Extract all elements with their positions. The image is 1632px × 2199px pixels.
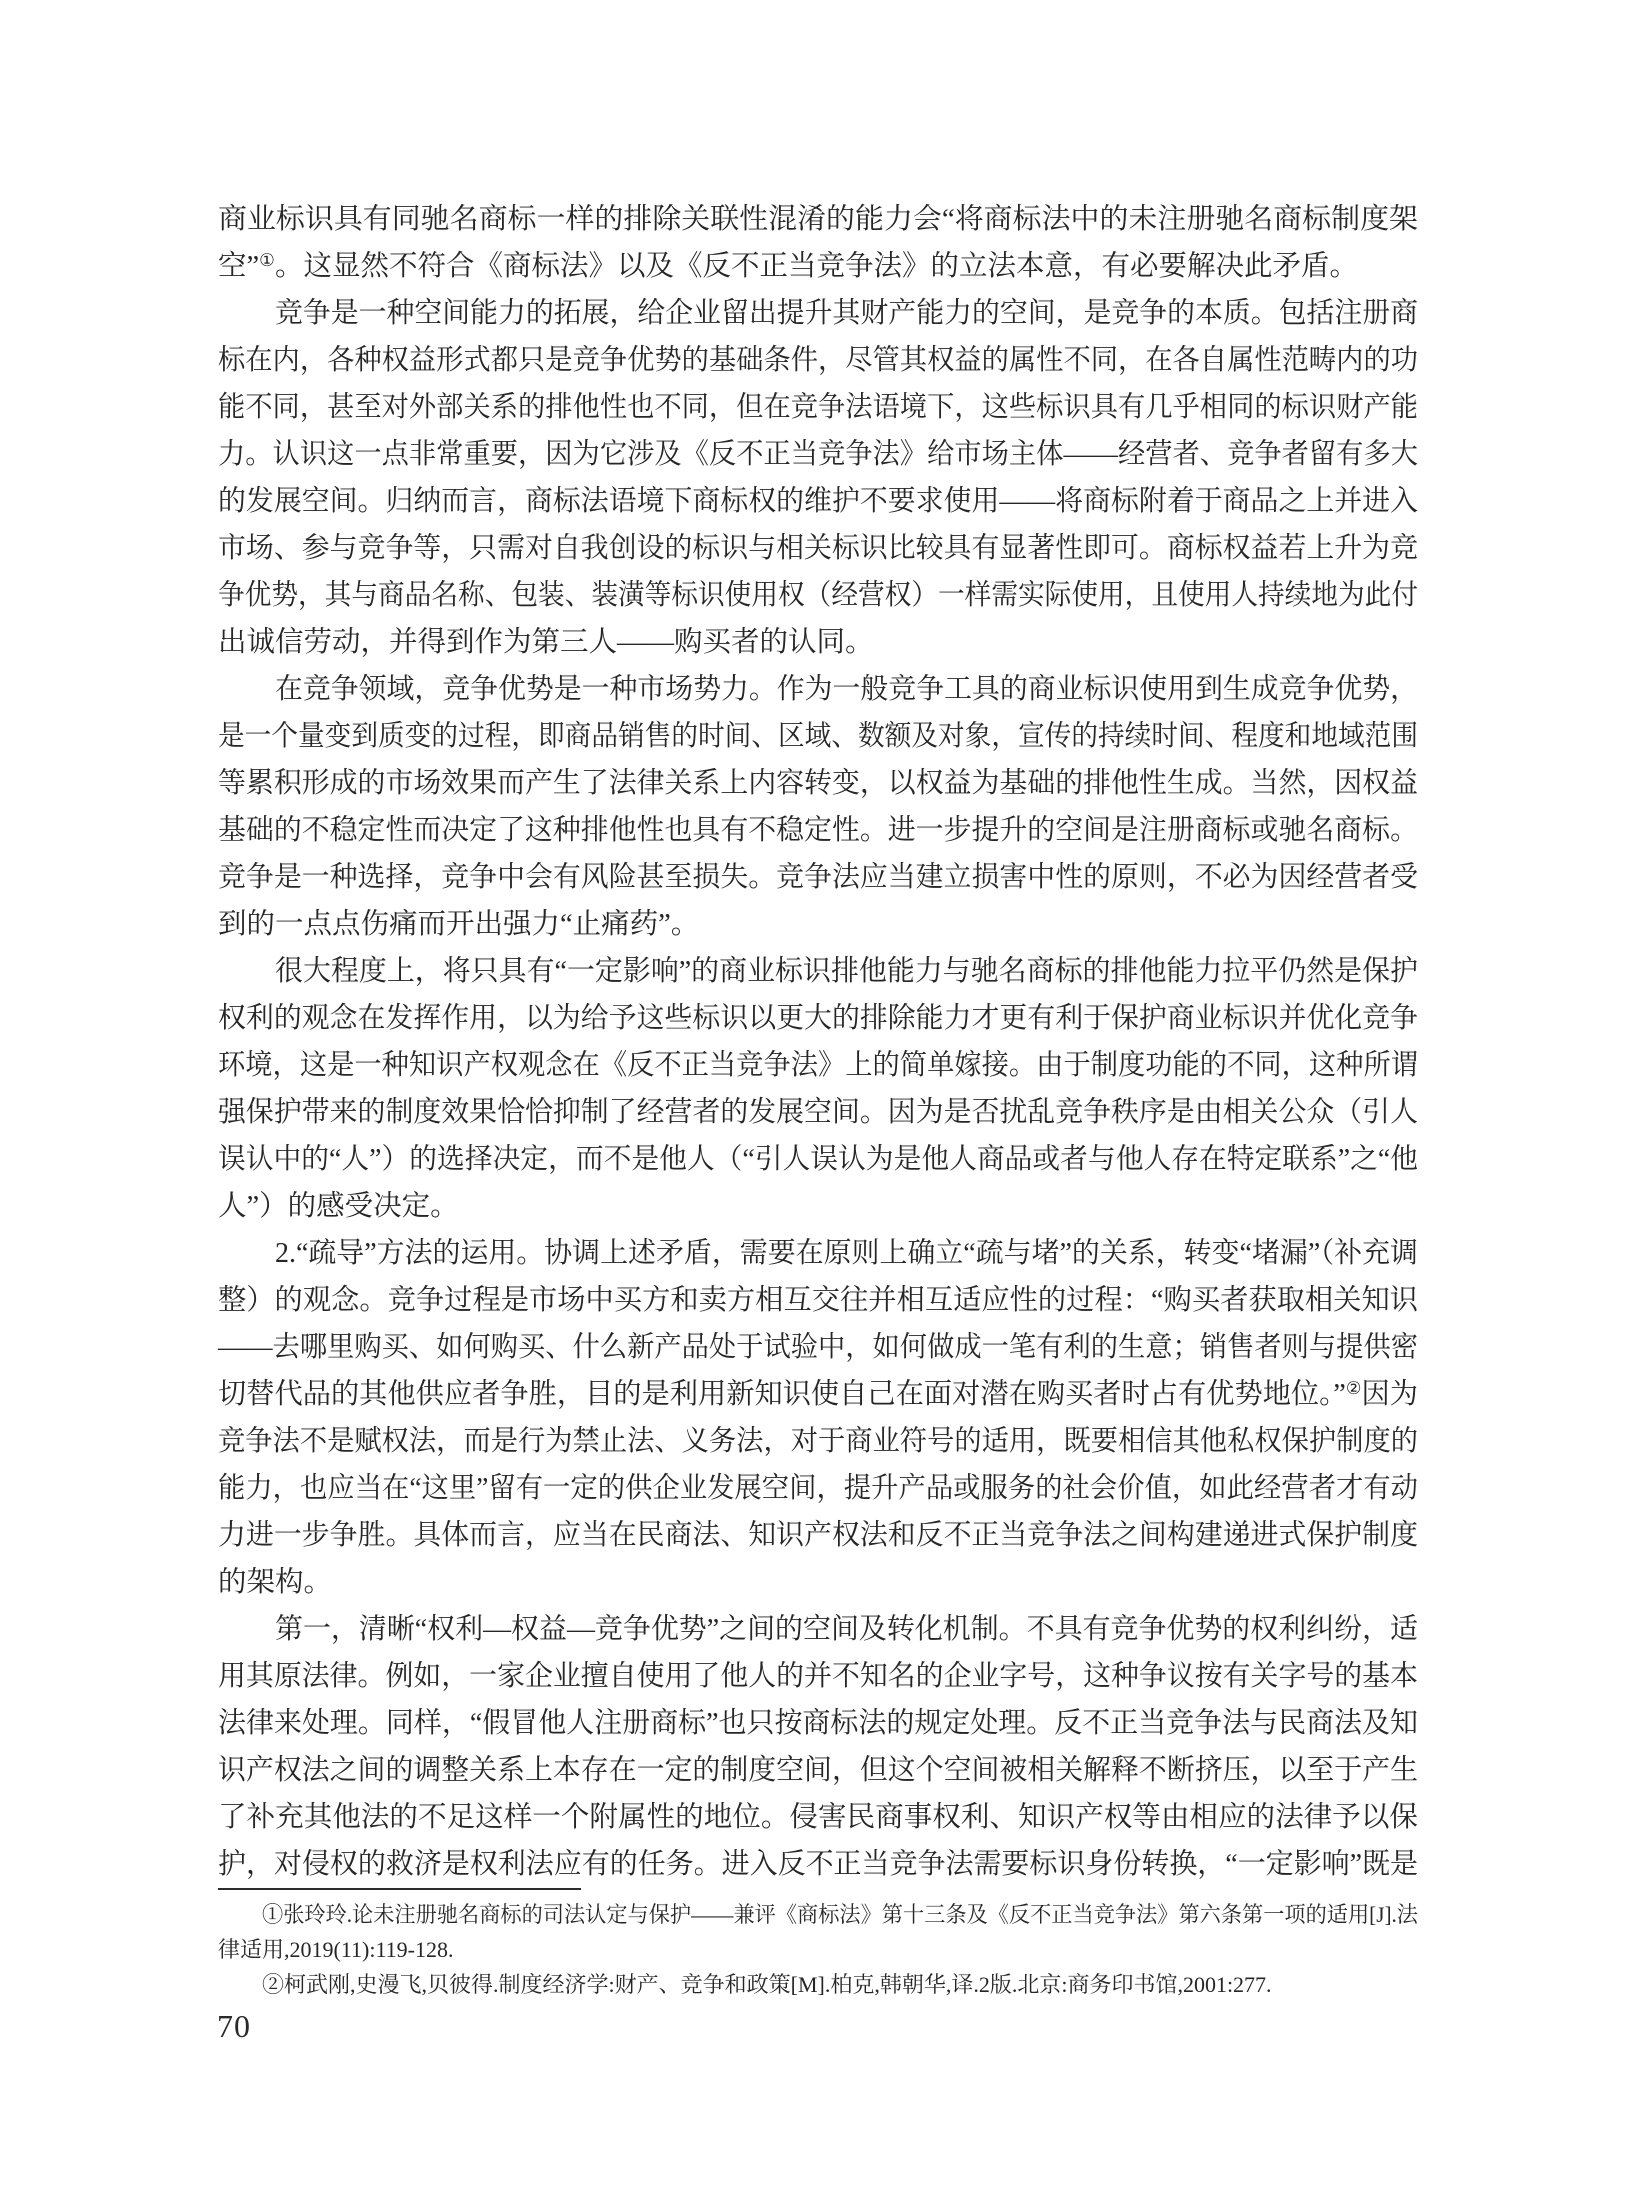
body-line: 争优势，其与商品名称、包装、装潢等标识使用权（经营权）一样需实际使用，且使用人持… [218, 572, 1418, 619]
body-line: 了补充其他法的不足这样一个附属性的地位。侵害民商事权利、知识产权等由相应的法律予… [218, 1794, 1418, 1841]
footnote-reference-mark: ① [259, 250, 275, 270]
body-line: 出诚信劳动，并得到作为第三人——购买者的认同。 [218, 619, 1418, 666]
body-line: 竞争法不是赋权法，而是行为禁止法、义务法，对于商业符号的适用，既要相信其他私权保… [218, 1418, 1418, 1465]
body-line: ——去哪里购买、如何购买、什么新产品处于试验中，如何做成一笔有利的生意；销售者则… [218, 1324, 1418, 1371]
body-line: 力。认识这一点非常重要，因为它涉及《反不正当竞争法》给市场主体——经营者、竞争者… [218, 431, 1418, 478]
body-line: 等累积形成的市场效果而产生了法律关系上内容转变，以权益为基础的排他性生成。当然，… [218, 760, 1418, 807]
body-line: 权利的观念在发挥作用，以为给予这些标识以更大的排除能力才更有利于保护商业标识并优… [218, 995, 1418, 1042]
body-line: 用其原法律。例如，一家企业擅自使用了他人的并不知名的企业字号，这种争议按有关字号… [218, 1653, 1418, 1700]
body-line: 到的一点点伤痛而开出强力“止痛药”。 [218, 901, 1418, 948]
footnote-separator-rule [218, 1888, 581, 1890]
body-line: 人”）的感受决定。 [218, 1183, 1418, 1230]
body-line: 第一，清晰“权利—权益—竞争优势”之间的空间及转化机制。不具有竞争优势的权利纠纷… [218, 1606, 1418, 1653]
footnote-line: ②柯武刚,史漫飞,贝彼得.制度经济学:财产、竞争和政策[M].柏克,韩朝华,译.… [218, 1967, 1418, 2002]
body-line: 整）的观念。竞争过程是市场中买方和卖方相互交往并相互适应性的过程：“购买者获取相… [218, 1277, 1418, 1324]
body-line: 强保护带来的制度效果恰恰抑制了经营者的发展空间。因为是否扰乱竞争秩序是由相关公众… [218, 1089, 1418, 1136]
body-line: 的发展空间。归纳而言，商标法语境下商标权的维护不要求使用——将商标附着于商品之上… [218, 478, 1418, 525]
footnote-line: 律适用,2019(11):119-128. [218, 1932, 1418, 1967]
body-line: 护，对侵权的救济是权利法应有的任务。进入反不正当竞争法需要标识身份转换，“一定影… [218, 1841, 1418, 1888]
body-line: 商业标识具有同驰名商标一样的排除关联性混淆的能力会“将商标法中的未注册驰名商标制… [218, 196, 1418, 243]
body-line: 能力，也应当在“这里”留有一定的供企业发展空间，提升产品或服务的社会价值，如此经… [218, 1465, 1418, 1512]
body-line: 识产权法之间的调整关系上本存在一定的制度空间，但这个空间被相关解释不断挤压，以至… [218, 1747, 1418, 1794]
body-line: 竞争是一种空间能力的拓展，给企业留出提升其财产能力的空间，是竞争的本质。包括注册… [218, 290, 1418, 337]
body-text: 商业标识具有同驰名商标一样的排除关联性混淆的能力会“将商标法中的未注册驰名商标制… [218, 196, 1418, 1888]
body-line: 市场、参与竞争等，只需对自我创设的标识与相关标识比较具有显著性即可。商标权益若上… [218, 525, 1418, 572]
body-line: 切替代品的其他供应者争胜，目的是利用新知识使自己在面对潜在购买者时占有优势地位。… [218, 1371, 1418, 1418]
body-line: 环境，这是一种知识产权观念在《反不正当竞争法》上的简单嫁接。由于制度功能的不同，… [218, 1042, 1418, 1089]
body-line: 标在内，各种权益形式都只是竞争优势的基础条件，尽管其权益的属性不同，在各自属性范… [218, 337, 1418, 384]
body-line: 基础的不稳定性而决定了这种排他性也具有不稳定性。进一步提升的空间是注册商标或驰名… [218, 807, 1418, 854]
body-line: 能不同，甚至对外部关系的排他性也不同，但在竞争法语境下，这些标识具有几乎相同的标… [218, 384, 1418, 431]
body-line: 是一个量变到质变的过程，即商品销售的时间、区域、数额及对象，宣传的持续时间、程度… [218, 713, 1418, 760]
body-line: 空”①。这显然不符合《商标法》以及《反不正当竞争法》的立法本意，有必要解决此矛盾… [218, 243, 1418, 290]
body-line: 2.“疏导”方法的运用。协调上述矛盾，需要在原则上确立“疏与堵”的关系，转变“堵… [218, 1230, 1418, 1277]
body-line: 误认中的“人”）的选择决定，而不是他人（“引人误认为是他人商品或者与他人存在特定… [218, 1136, 1418, 1183]
page-number: 70 [217, 2008, 251, 2045]
footnote-line: ①张玲玲.论未注册驰名商标的司法认定与保护——兼评《商标法》第十三条及《反不正当… [218, 1897, 1418, 1932]
document-page: 商业标识具有同驰名商标一样的排除关联性混淆的能力会“将商标法中的未注册驰名商标制… [0, 0, 1632, 2199]
body-line: 在竞争领域，竞争优势是一种市场势力。作为一般竞争工具的商业标识使用到生成竞争优势… [218, 666, 1418, 713]
footnote-reference-mark: ② [1346, 1378, 1362, 1398]
body-line: 法律来处理。同样，“假冒他人注册商标”也只按商标法的规定处理。反不正当竞争法与民… [218, 1700, 1418, 1747]
footnotes: ①张玲玲.论未注册驰名商标的司法认定与保护——兼评《商标法》第十三条及《反不正当… [218, 1897, 1418, 2002]
body-line: 力进一步争胜。具体而言，应当在民商法、知识产权法和反不正当竞争法之间构建递进式保… [218, 1512, 1418, 1559]
body-line: 竞争是一种选择，竞争中会有风险甚至损失。竞争法应当建立损害中性的原则，不必为因经… [218, 854, 1418, 901]
body-line: 的架构。 [218, 1559, 1418, 1606]
body-line: 很大程度上，将只具有“一定影响”的商业标识排他能力与驰名商标的排他能力拉平仍然是… [218, 948, 1418, 995]
